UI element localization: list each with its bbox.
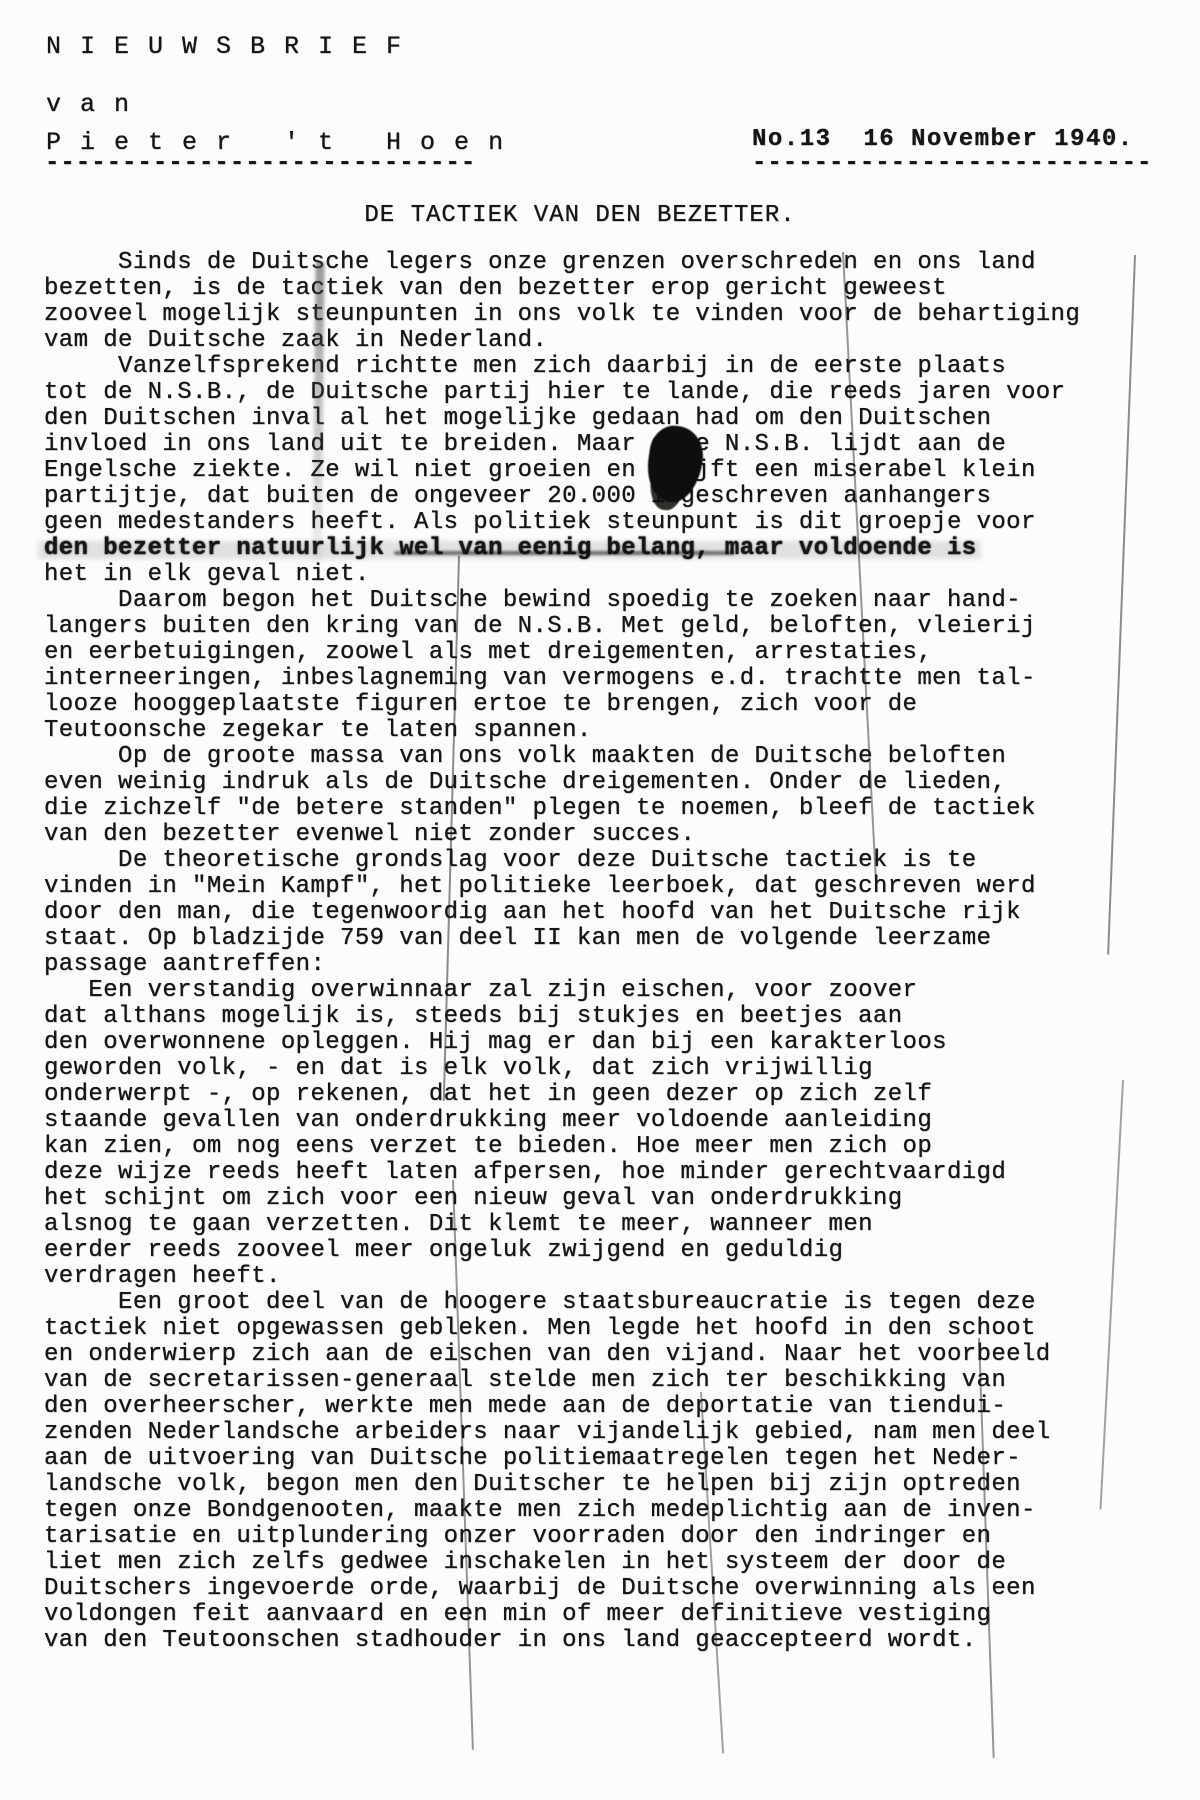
masthead-rule-left: ----------------------------	[45, 150, 476, 177]
article-title: DE TACTIEK VAN DEN BEZETTER.	[0, 202, 1160, 229]
article-body: Sinds de Duitsche legers onze grenzen ov…	[44, 250, 1176, 1654]
paragraph-4: Op de groote massa van ons volk maakten …	[44, 744, 1176, 848]
paragraph-5: De theoretische grondslag voor deze Duit…	[44, 848, 1176, 978]
mein-kampf-quote-block: Een verstandig overwinnaar zal zijn eisc…	[44, 978, 1176, 1290]
paragraph-2-overinked-line: den bezetter natuurlijk wel van eenig be…	[44, 536, 977, 562]
paragraph-6: Een groot deel van de hoogere staatsbure…	[44, 1290, 1176, 1654]
document-page: N I E U W S B R I E F v a n P i e t e r …	[0, 0, 1200, 1800]
paragraph-1: Sinds de Duitsche legers onze grenzen ov…	[44, 250, 1176, 354]
masthead-van: v a n	[46, 90, 131, 119]
paragraph-2-part-a: Vanzelfsprekend richtte men zich daarbij…	[44, 353, 1065, 536]
newsletter-name: N I E U W S B R I E F	[46, 32, 403, 61]
paragraph-2: Vanzelfsprekend richtte men zich daarbij…	[44, 354, 1176, 588]
issue-number-date: No.13 16 November 1940.	[752, 126, 1134, 153]
paragraph-3: Daarom begon het Duitsche bewind spoedig…	[44, 588, 1176, 744]
masthead-rule-right: --------------------------	[752, 150, 1152, 177]
paragraph-2-part-b: het in elk geval niet.	[44, 561, 370, 588]
